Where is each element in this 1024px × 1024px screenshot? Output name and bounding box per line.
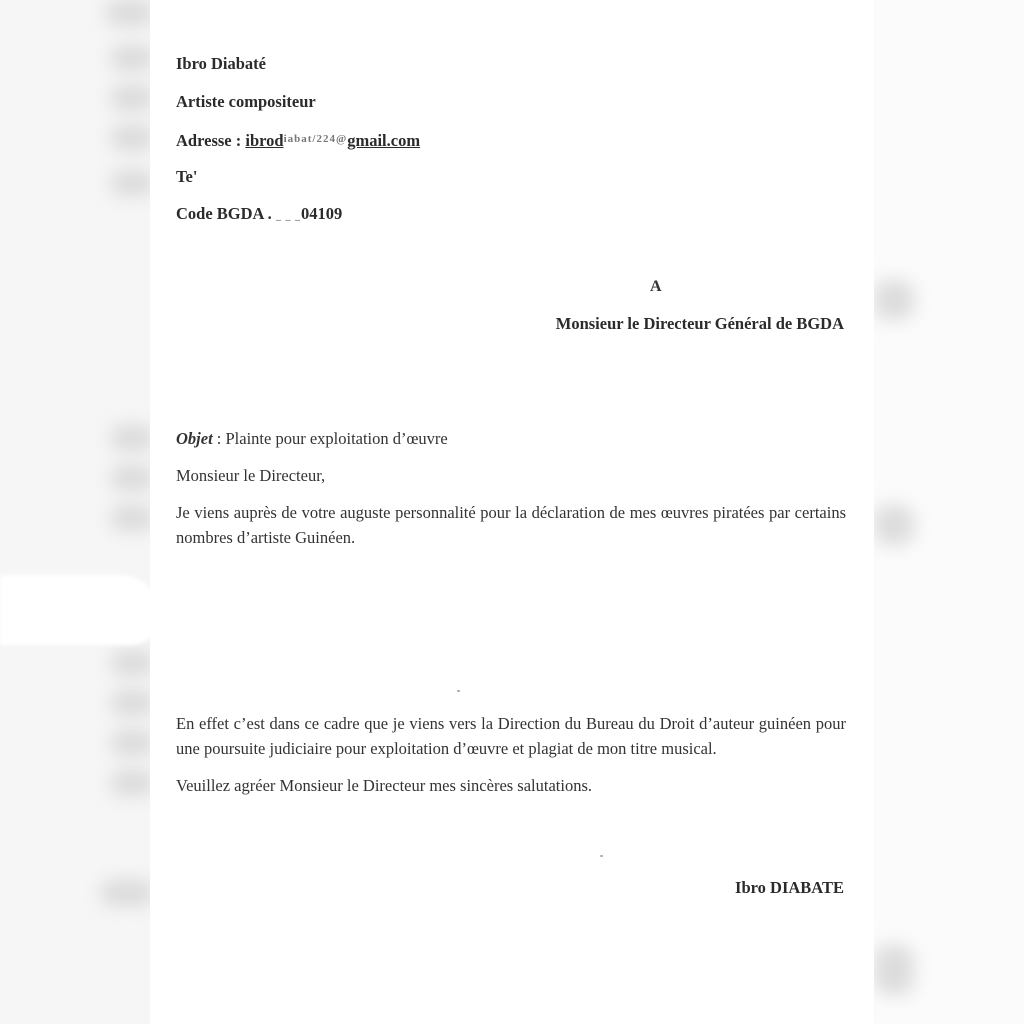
paragraph-2: En effet c’est dans ce cadre que je vien…: [176, 711, 846, 761]
closing: Veuillez agréer Monsieur le Directeur me…: [176, 773, 846, 798]
code-visible: 04109: [301, 204, 342, 223]
code-redacted: _ _ _: [276, 211, 301, 222]
scan-speck: [600, 855, 603, 857]
scan-cutout: [0, 575, 160, 645]
signature: Ibro DIABATE: [735, 878, 844, 898]
sender-phone: Te': [176, 165, 420, 203]
letter-body-2: En effet c’est dans ce cadre que je vien…: [176, 711, 846, 798]
blurred-right-margin: [874, 0, 1024, 1024]
objet-text: : Plainte pour exploitation d’œuvre: [213, 429, 448, 448]
objet-line: Objet : Plainte pour exploitation d’œuvr…: [176, 426, 846, 451]
code-label: Code BGDA .: [176, 204, 276, 223]
recipient-name: Monsieur le Directeur Général de BGDA: [556, 314, 844, 334]
sender-block: Ibro Diabaté Artiste compositeur Adresse…: [176, 52, 420, 240]
salutation: Monsieur le Directeur,: [176, 463, 846, 488]
letter-body: Objet : Plainte pour exploitation d’œuvr…: [176, 426, 846, 550]
address-label: Adresse :: [176, 131, 245, 150]
sender-name: Ibro Diabaté: [176, 52, 420, 90]
email-redacted: iabat/224@: [284, 133, 348, 145]
email-end: gmail.com: [347, 131, 420, 150]
sender-title: Artiste compositeur: [176, 90, 420, 128]
email-start: ibrod: [245, 131, 283, 150]
scan-speck: [457, 690, 460, 692]
sender-code: Code BGDA . _ _ _04109: [176, 202, 420, 240]
letter-page: Ibro Diabaté Artiste compositeur Adresse…: [150, 0, 874, 1024]
scanned-document: Ibro Diabaté Artiste compositeur Adresse…: [0, 0, 1024, 1024]
objet-label: Objet: [176, 429, 213, 448]
recipient-prefix: A: [650, 278, 662, 296]
sender-address: Adresse : ibrodiabat/224@gmail.com: [176, 127, 420, 165]
paragraph-1: Je viens auprès de votre auguste personn…: [176, 500, 846, 550]
blurred-left-margin: [0, 0, 155, 1024]
